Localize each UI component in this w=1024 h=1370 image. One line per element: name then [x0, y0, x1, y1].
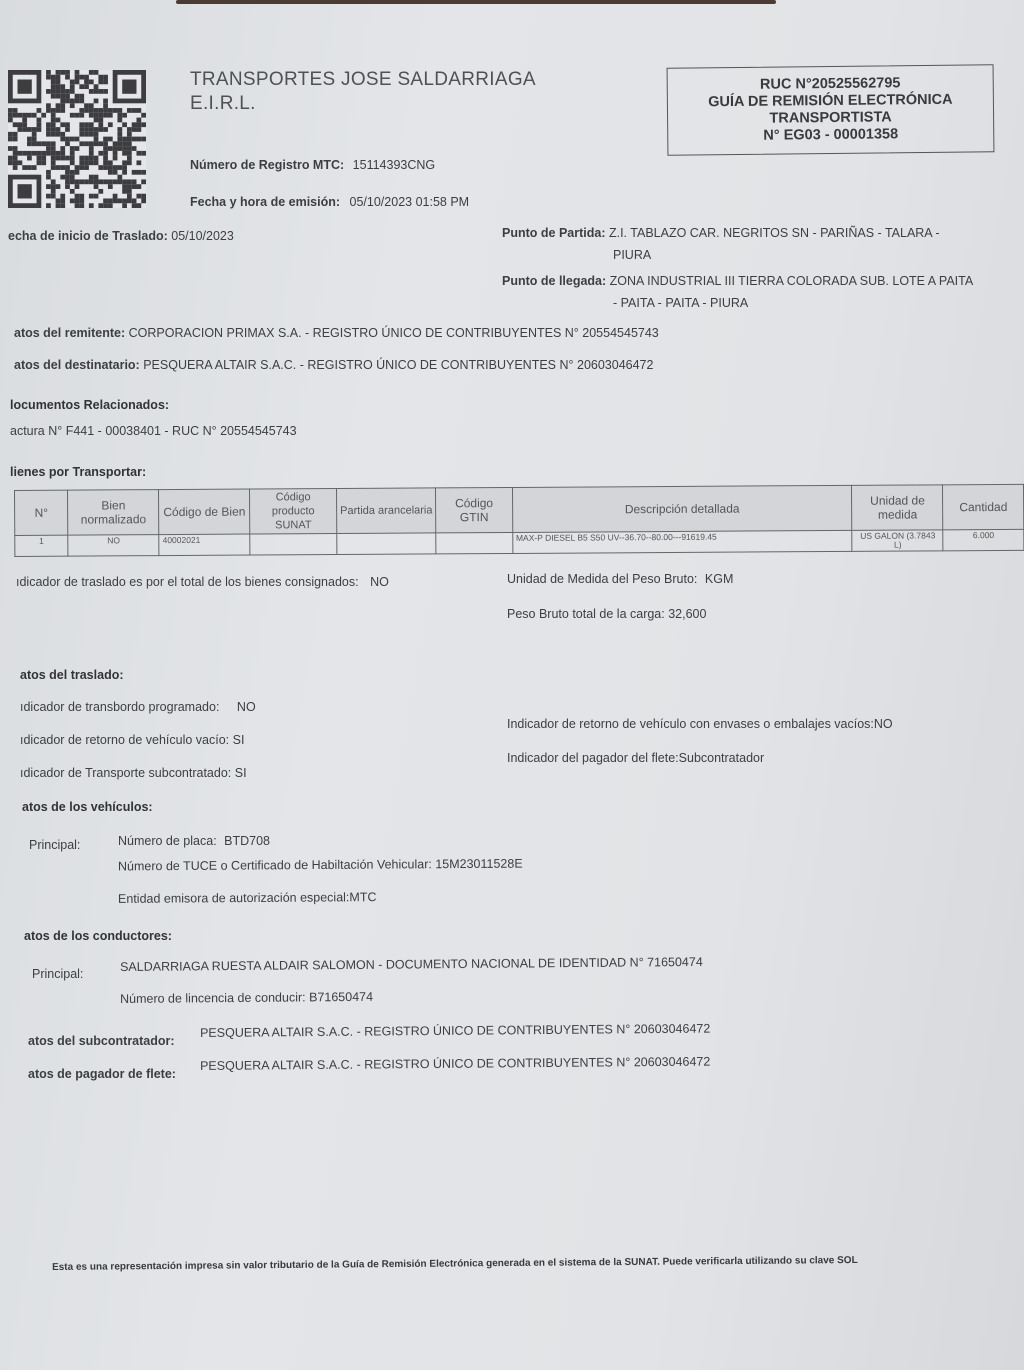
- cell-description: MAX-P DIESEL B5 S50 UV--36.70--80.00---9…: [512, 530, 852, 553]
- cell-quantity: 6.000: [943, 529, 1024, 550]
- empty-return-indicator: ıdicador de retorno de vehículo vacío: S…: [20, 733, 244, 747]
- license-label: Número de lincencia de conducir:: [120, 990, 306, 1006]
- drivers-title: atos de los conductores:: [24, 929, 172, 943]
- weight-unit: Unidad de Medida del Peso Bruto: KGM: [507, 572, 733, 586]
- subcontractor-label: atos del subcontratador:: [28, 1034, 175, 1048]
- total-goods-label: ıdicador de traslado es por el total de …: [16, 575, 359, 589]
- authority-label: Entidad emisora de autorización especial…: [118, 890, 349, 906]
- freight-payer-section-value: PESQUERA ALTAIR S.A.C. - REGISTRO ÚNICO …: [200, 1055, 710, 1073]
- departure-label: Punto de Partida:: [502, 226, 605, 240]
- departure-value-cont: PIURA: [613, 248, 651, 262]
- license-value: B71650474: [309, 990, 373, 1005]
- empty-return-value: SI: [233, 733, 245, 747]
- related-doc-item: actura N° F441 - 00038401 - RUC N° 20554…: [10, 424, 297, 438]
- tuce-value: 15M23011528E: [435, 857, 522, 872]
- arrival-value: ZONA INDUSTRIAL III TIERRA COLORADA SUB.…: [610, 274, 974, 288]
- related-docs-title: locumentos Relacionados:: [10, 398, 169, 412]
- empty-return-label: ıdicador de retorno de vehículo vacío:: [20, 733, 229, 747]
- cell-normalized: NO: [68, 535, 159, 557]
- departure-point: Punto de Partida: Z.I. TABLAZO CAR. NEGR…: [502, 226, 940, 240]
- arrival-value-cont: - PAITA - PAITA - PIURA: [613, 296, 748, 310]
- cell-number: 1: [15, 535, 68, 556]
- goods-table-header: N° Bien normalizado Código de Bien Códig…: [15, 484, 1024, 535]
- transshipment-label: ıdicador de transbordo programado:: [20, 700, 219, 714]
- company-name-line1: TRANSPORTES JOSE SALDARRIAGA: [190, 68, 536, 92]
- freight-payer-section-label: atos de pagador de flete:: [28, 1067, 176, 1081]
- col-item-code: Código de Bien: [159, 489, 250, 535]
- weight-unit-value: KGM: [705, 572, 733, 586]
- plate-value: BTD708: [224, 834, 270, 848]
- total-goods-value: NO: [370, 575, 389, 589]
- transshipment-value: NO: [237, 700, 256, 714]
- departure-value: Z.I. TABLAZO CAR. NEGRITOS SN - PARIÑAS …: [609, 226, 940, 240]
- goods-title: lienes por Transportar:: [10, 465, 146, 479]
- col-quantity: Cantidad: [943, 484, 1024, 529]
- sender: atos del remitente: CORPORACION PRIMAX S…: [14, 326, 659, 340]
- transfer-start-value: 05/10/2023: [171, 229, 234, 243]
- subcontracted-indicator: ıdicador de Transporte subcontratado: SI: [20, 766, 247, 780]
- ruc-box: RUC N°20525562795 GUÍA DE REMISIÓN ELECT…: [667, 64, 995, 155]
- company-name-line2: E.I.R.L.: [190, 92, 536, 116]
- tuce-label: Número de TUCE o Certificado de Habiltac…: [118, 857, 432, 873]
- emission-value: 05/10/2023 01:58 PM: [350, 195, 470, 209]
- transfer-data-title: atos del traslado:: [20, 668, 124, 682]
- mtc-registration: Número de Registro MTC: 15114393CNG: [190, 158, 435, 172]
- recipient: atos del destinatario: PESQUERA ALTAIR S…: [14, 358, 653, 372]
- transshipment-indicator: ıdicador de transbordo programado: NO: [20, 700, 256, 714]
- col-number: N°: [15, 490, 69, 535]
- authority-value: MTC: [349, 890, 376, 904]
- packaging-return-label: Indicador de retorno de vehículo con env…: [507, 717, 874, 731]
- vehicles-title: atos de los vehículos:: [22, 800, 153, 814]
- sender-label: atos del remitente:: [14, 326, 125, 340]
- subcontracted-label: ıdicador de Transporte subcontratado:: [20, 766, 231, 780]
- recipient-value: PESQUERA ALTAIR S.A.C. - REGISTRO ÚNICO …: [143, 358, 653, 372]
- col-sunat-code: Código producto SUNAT: [250, 489, 337, 535]
- recipient-label: atos del destinatario:: [14, 358, 140, 372]
- transfer-start: echa de inicio de Traslado: 05/10/2023: [8, 229, 234, 243]
- freight-payer-indicator: Indicador del pagador del flete:Subcontr…: [507, 751, 764, 765]
- sender-value: CORPORACION PRIMAX S.A. - REGISTRO ÚNICO…: [129, 326, 659, 340]
- subcontractor-value: PESQUERA ALTAIR S.A.C. - REGISTRO ÚNICO …: [200, 1022, 710, 1040]
- mtc-value: 15114393CNG: [353, 158, 435, 172]
- total-goods-indicator: ıdicador de traslado es por el total de …: [16, 575, 389, 589]
- cell-tariff: [337, 533, 436, 555]
- document-number: N° EG03 - 00001358: [668, 125, 993, 145]
- plate-label: Número de placa:: [118, 834, 217, 848]
- gross-weight: Peso Bruto total de la carga: 32,600: [507, 607, 706, 621]
- packaging-return-value: NO: [874, 717, 893, 731]
- weight-unit-label: Unidad de Medida del Peso Bruto:: [507, 572, 697, 586]
- emission-datetime: Fecha y hora de emisión: 05/10/2023 01:5…: [190, 195, 469, 209]
- emission-label: Fecha y hora de emisión:: [190, 195, 340, 209]
- footer-note: Esta es una representación impresa sin v…: [52, 1255, 858, 1273]
- col-tariff: Partida arancelaria: [336, 488, 436, 534]
- arrival-label: Punto de llegada:: [502, 274, 606, 288]
- freight-payer-label: Indicador del pagador del flete:: [507, 751, 679, 765]
- qr-code-icon: [8, 70, 146, 208]
- driver-principal-value: SALDARRIAGA RUESTA ALDAIR SALOMON - DOCU…: [120, 955, 703, 974]
- company-name: TRANSPORTES JOSE SALDARRIAGA E.I.R.L.: [190, 68, 536, 116]
- freight-payer-value: Subcontratador: [679, 751, 764, 765]
- packaging-return-indicator: Indicador de retorno de vehículo con env…: [507, 717, 893, 731]
- cell-gtin: [436, 532, 512, 553]
- cell-sunat-code: [250, 534, 337, 556]
- vehicle-principal-label: Principal:: [29, 838, 80, 852]
- col-unit: Unidad de medida: [852, 485, 943, 531]
- authority: Entidad emisora de autorización especial…: [118, 890, 377, 906]
- col-description: Descripción detallada: [512, 485, 852, 532]
- driver-principal-label: Principal:: [32, 967, 83, 981]
- tuce-number: Número de TUCE o Certificado de Habiltac…: [118, 857, 523, 874]
- gross-weight-label: Peso Bruto total de la carga:: [507, 607, 665, 621]
- cell-unit: US GALON (3.7843 L): [852, 530, 943, 552]
- col-gtin: Código GTIN: [436, 487, 513, 532]
- col-normalized: Bien normalizado: [68, 490, 159, 536]
- page-top-edge: [176, 0, 776, 4]
- arrival-point: Punto de llegada: ZONA INDUSTRIAL III TI…: [502, 274, 973, 288]
- goods-table: N° Bien normalizado Código de Bien Códig…: [14, 484, 1024, 557]
- plate-number: Número de placa: BTD708: [118, 834, 270, 848]
- transfer-start-label: echa de inicio de Traslado:: [8, 229, 168, 243]
- mtc-label: Número de Registro MTC:: [190, 158, 344, 172]
- cell-item-code: 40002021: [159, 534, 250, 556]
- driver-license: Número de lincencia de conducir: B716504…: [120, 990, 373, 1006]
- gross-weight-value: 32,600: [668, 607, 706, 621]
- subcontracted-value: SI: [235, 766, 247, 780]
